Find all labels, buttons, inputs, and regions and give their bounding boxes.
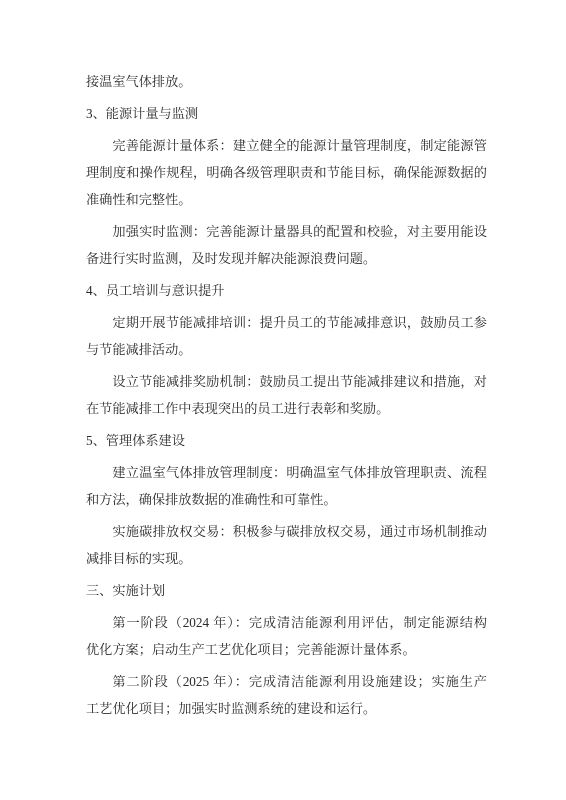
document-page: 接温室气体排放。3、能源计量与监测完善能源计量体系：建立健全的能源计量管理制度，… bbox=[0, 0, 566, 722]
text-line: 建立温室气体排放管理制度：明确温室气体排放管理职责、流程 bbox=[86, 459, 487, 486]
section-heading: 5、管理体系建设 bbox=[86, 427, 487, 454]
section-heading: 三、实施计划 bbox=[86, 577, 487, 604]
section-heading: 3、能源计量与监测 bbox=[86, 100, 487, 127]
text-line: 第二阶段（2025 年）：完成清洁能源利用设施建设；实施生产 bbox=[86, 668, 487, 695]
text-line: 接温室气体排放。 bbox=[86, 68, 487, 95]
text-line: 加强实时监测：完善能源计量器具的配置和校验，对主要用能设 bbox=[86, 218, 487, 245]
text-line: 优化方案；启动生产工艺优化项目；完善能源计量体系。 bbox=[86, 636, 487, 663]
section-heading: 4、员工培训与意识提升 bbox=[86, 277, 487, 304]
text-line: 减排目标的实现。 bbox=[86, 545, 487, 572]
text-line: 准确性和完整性。 bbox=[86, 186, 487, 213]
text-line: 第一阶段（2024 年）：完成清洁能源利用评估，制定能源结构 bbox=[86, 609, 487, 636]
text-line: 完善能源计量体系：建立健全的能源计量管理制度，制定能源管 bbox=[86, 132, 487, 159]
text-line: 和方法，确保排放数据的准确性和可靠性。 bbox=[86, 486, 487, 513]
text-line: 理制度和操作规程，明确各级管理职责和节能目标，确保能源数据的 bbox=[86, 159, 487, 186]
text-line: 工艺优化项目；加强实时监测系统的建设和运行。 bbox=[86, 695, 487, 722]
text-line: 在节能减排工作中表现突出的员工进行表彰和奖励。 bbox=[86, 395, 487, 422]
text-line: 与节能减排活动。 bbox=[86, 336, 487, 363]
text-line: 备进行实时监测，及时发现并解决能源浪费问题。 bbox=[86, 245, 487, 272]
text-line: 设立节能减排奖励机制：鼓励员工提出节能减排建议和措施，对 bbox=[86, 368, 487, 395]
text-line: 定期开展节能减排培训：提升员工的节能减排意识，鼓励员工参 bbox=[86, 309, 487, 336]
text-line: 实施碳排放权交易：积极参与碳排放权交易，通过市场机制推动 bbox=[86, 518, 487, 545]
